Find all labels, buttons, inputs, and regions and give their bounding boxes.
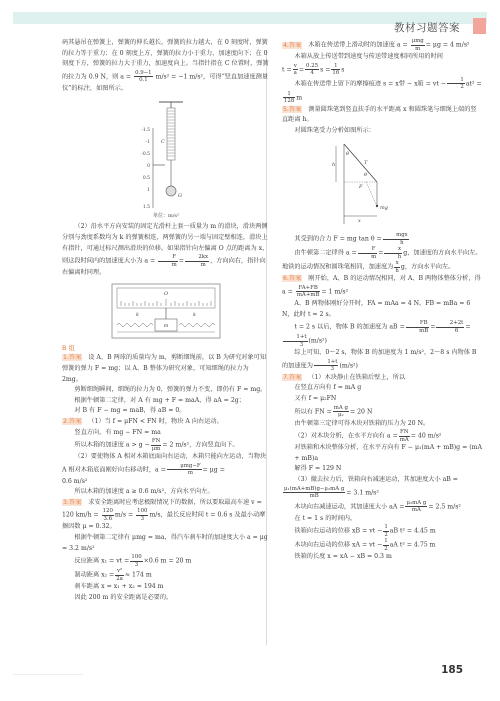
answer-tag: 3.答案 xyxy=(62,499,82,506)
answer-tag: 5.答案 xyxy=(282,106,302,113)
answer-tag: 4.答案 xyxy=(282,42,302,49)
answer-line: 地铁的运动情况和圆珠笔相同，加速度为xhg，方向水平向左。 xyxy=(282,260,482,274)
answer-line: 铁箱的长度 x = xA − xB = 0.3 m xyxy=(282,552,482,563)
answer-line: 制动距离 x₂ =v²2a≈ 174 m xyxy=(62,568,270,582)
answer-line: 对铁箱和木块整体分析，在水平方向有 F − μ₁(mA + mB)g = (mA… xyxy=(282,443,482,464)
answer-line: 木块向右减速运动，其加速度大小 aA =μ₂mA gmA= 2.5 m/s² xyxy=(282,500,482,514)
answer-line: 对 B 有 F − mg = maB，得 aB = 0。 xyxy=(62,406,270,417)
fraction: 0.9−10.1 xyxy=(134,70,153,84)
answer-4: 4.答案木箱在传送带上滑动时的加速度 a = μmgm= μg = 4 m/s² xyxy=(282,38,482,52)
right-column: 4.答案木箱在传送带上滑动时的加速度 a = μmgm= μg = 4 m/s²… xyxy=(282,38,482,563)
part2-paragraph: （2）沿水平方向安装的固定光滑杆上套一质量为 m 的滑块，滑块两侧分别与劲度系数… xyxy=(62,222,270,278)
header-title: 教材习题答案 xyxy=(394,20,460,35)
answer-line: 0.6 m/s² xyxy=(62,477,270,488)
spring-scale-diagram: G -1.5-1-0.5 00.511.5 C 单位：m/s² xyxy=(121,98,211,218)
label-G: G xyxy=(178,193,182,199)
answer-line: 由牛顿第三定律可得木块对铁箱的压力为 20 N。 xyxy=(282,419,482,430)
answer-line: 刹车距离 x = x₁ + x₂ ≈ 194 m xyxy=(62,582,270,593)
answer-line: A、B 两物体刚好分开时，FA = mAa = 4 N，FB = mBa = 6… xyxy=(282,299,482,320)
svg-text:θ: θ xyxy=(364,172,367,178)
answer-line: 1128m xyxy=(282,91,482,105)
svg-text:-1: -1 xyxy=(146,139,151,145)
answer-line: 竖直方向，有 mg − FN = ma xyxy=(62,428,270,439)
answer-line: 根据牛顿第二定律有 μmg = ma，得汽车刹车时的加速度大小 a = μg =… xyxy=(62,533,270,554)
intro-paragraph: 码其悬吊在弹簧上，弹簧的伸长越长，弹簧的拉力越大，在 0 刻度时，弹簧的拉力等于… xyxy=(62,38,270,94)
figure-vertical-accelerometer: G -1.5-1-0.5 00.511.5 C 单位：m/s² xyxy=(121,98,211,218)
answer-tag: 1.答案 xyxy=(62,354,82,361)
svg-text:θ: θ xyxy=(346,151,349,157)
answer-line: 综上可知，0～2 s，物体 B 的加速度为 1 m/s²，2～8 s 内物体 B… xyxy=(282,348,482,373)
answer-1: 1.答案设 A、B 两球的质量均为 m，剪断细绳前，以 B 为研究对象可知弹簧的… xyxy=(62,353,270,385)
figure-horizontal-accelerometer: O k k m xyxy=(111,283,221,339)
answer-tag: 6.答案 xyxy=(282,275,302,282)
answer-line: 剪断细绳瞬间，细绳的拉力为 0，弹簧的弹力不变，即仍有 F = mg。 xyxy=(62,385,270,396)
svg-text:C: C xyxy=(161,139,165,145)
answer-line: 木箱从放上传送带到速度与传送带速度相同所用的时间 xyxy=(282,52,482,63)
svg-text:h: h xyxy=(332,162,335,168)
answer-line: 木箱在传送带上留下的摩擦痕迹 s = x带 − x箱 = vt −12at² = xyxy=(282,77,482,91)
answer-2: 2.答案（1）当 f = μFN < FN 时，物块 A 向右运动。 xyxy=(62,417,270,428)
svg-text:m: m xyxy=(164,323,169,329)
svg-text:k: k xyxy=(136,312,139,318)
answer-line: 铁箱向右运动的位移 xB = vt −12aB t² = 4.45 m xyxy=(282,524,482,538)
svg-text:1.5: 1.5 xyxy=(143,204,150,210)
answer-line: 反应距离 x₁ = vt =1003×0.6 m = 20 m xyxy=(62,554,270,568)
answer-7: 7.答案（1）木块静止在铁箱后壁上，所以 xyxy=(282,373,482,384)
answer-line: 解得 F = 129 N xyxy=(282,464,482,475)
section-heading-b: B 组 xyxy=(62,343,270,354)
answer-line: 根据牛顿第二定律，对 A 有 mg + F = maA，得 aA = 2g； xyxy=(62,396,270,407)
answer-line: t =va=0.254s =116s xyxy=(282,63,482,77)
page-number: 185 xyxy=(441,664,463,676)
answer-line: 由牛顿第二定律得 a =Fm=xhg，加速度的方向水平向左。 xyxy=(282,246,482,260)
svg-text:T: T xyxy=(364,160,368,166)
answer-line: 所以有 FN =mA gμ₂= 20 N xyxy=(282,405,482,419)
answer-line: 在竖直方向有 f = mA g xyxy=(282,383,482,394)
answer-line: 其受到的合力 F = mg tan θ =mgxh xyxy=(282,232,482,246)
svg-text:0: 0 xyxy=(147,163,150,169)
answer-3: 3.答案求安全距离时应考虑极限情况下的数据，所以要取最高车速 v = 120 k… xyxy=(62,498,270,533)
answer-line: 所以木箱的加速度 a > g −FNμm= 2 m/s²，方向竖直向下。 xyxy=(62,438,270,452)
footer-rule xyxy=(13,674,83,675)
answer-5: 5.答案测量圆珠笔到竖直扶手的水平距离 x 和圆珠笔与细绳上端的竖直距离 h。 xyxy=(282,105,482,126)
svg-text:1: 1 xyxy=(147,187,150,193)
svg-text:O: O xyxy=(164,291,168,297)
answer-line: 在 t = 1 s 的时间内， xyxy=(282,514,482,525)
answer-line: μ₁(mA+mB)g−μ₂mA gmB= 3.1 m/s² xyxy=(282,486,482,500)
answer-6: 6.答案刚开始，A、B 的运动情况相同，对 A、B 两物体整体分析，得 a = … xyxy=(282,274,482,299)
svg-text:0.5: 0.5 xyxy=(143,175,150,181)
answer-line: （2）要使物体 A 相对木箱底面向右运动，木箱只能向左运动，当物块 A 相对木箱… xyxy=(62,452,270,477)
svg-text:k: k xyxy=(193,312,196,318)
unit-label: 单位：m/s² xyxy=(153,212,179,218)
answer-line: 木块向右运动的位移 xA = vt −12aA t² = 4.75 m xyxy=(282,538,482,552)
answer-tag: 2.答案 xyxy=(62,418,82,425)
answer-line: 又有 f = μ₂FN xyxy=(282,394,482,405)
answer-line: 所以木箱的加速度 a ≥ 0.6 m/s²，方向水平向左。 xyxy=(62,487,270,498)
answer-line: （3）撤去拉力后，铁箱向右减速运动，其加速度大小 aB = xyxy=(282,475,482,486)
svg-text:mg: mg xyxy=(380,205,388,211)
svg-text:x: x xyxy=(358,218,361,224)
answer-tag: 7.答案 xyxy=(282,374,302,381)
header-tab-marker xyxy=(473,18,486,34)
left-column: 码其悬吊在弹簧上，弹簧的伸长越长，弹簧的拉力越大，在 0 刻度时，弹簧的拉力等于… xyxy=(62,38,270,603)
figure-pen-force-analysis: h θ T θ F mg x xyxy=(322,140,412,228)
answer-line: （2）对木块分析，在水平方向有 a =FNmA= 40 m/s² xyxy=(282,429,482,443)
answer-line: 因此 200 m 的安全距离是必要的。 xyxy=(62,593,270,604)
svg-text:F: F xyxy=(358,184,363,190)
svg-text:-1.5: -1.5 xyxy=(141,127,150,133)
svg-text:-0.5: -0.5 xyxy=(141,151,150,157)
answer-line: t = 2 s 以后，物体 B 的加速度为 aB =FBmB=2+2t6=1+t… xyxy=(282,320,482,348)
answer-line: 对圆珠笔受力分析如图所示： xyxy=(282,126,482,137)
